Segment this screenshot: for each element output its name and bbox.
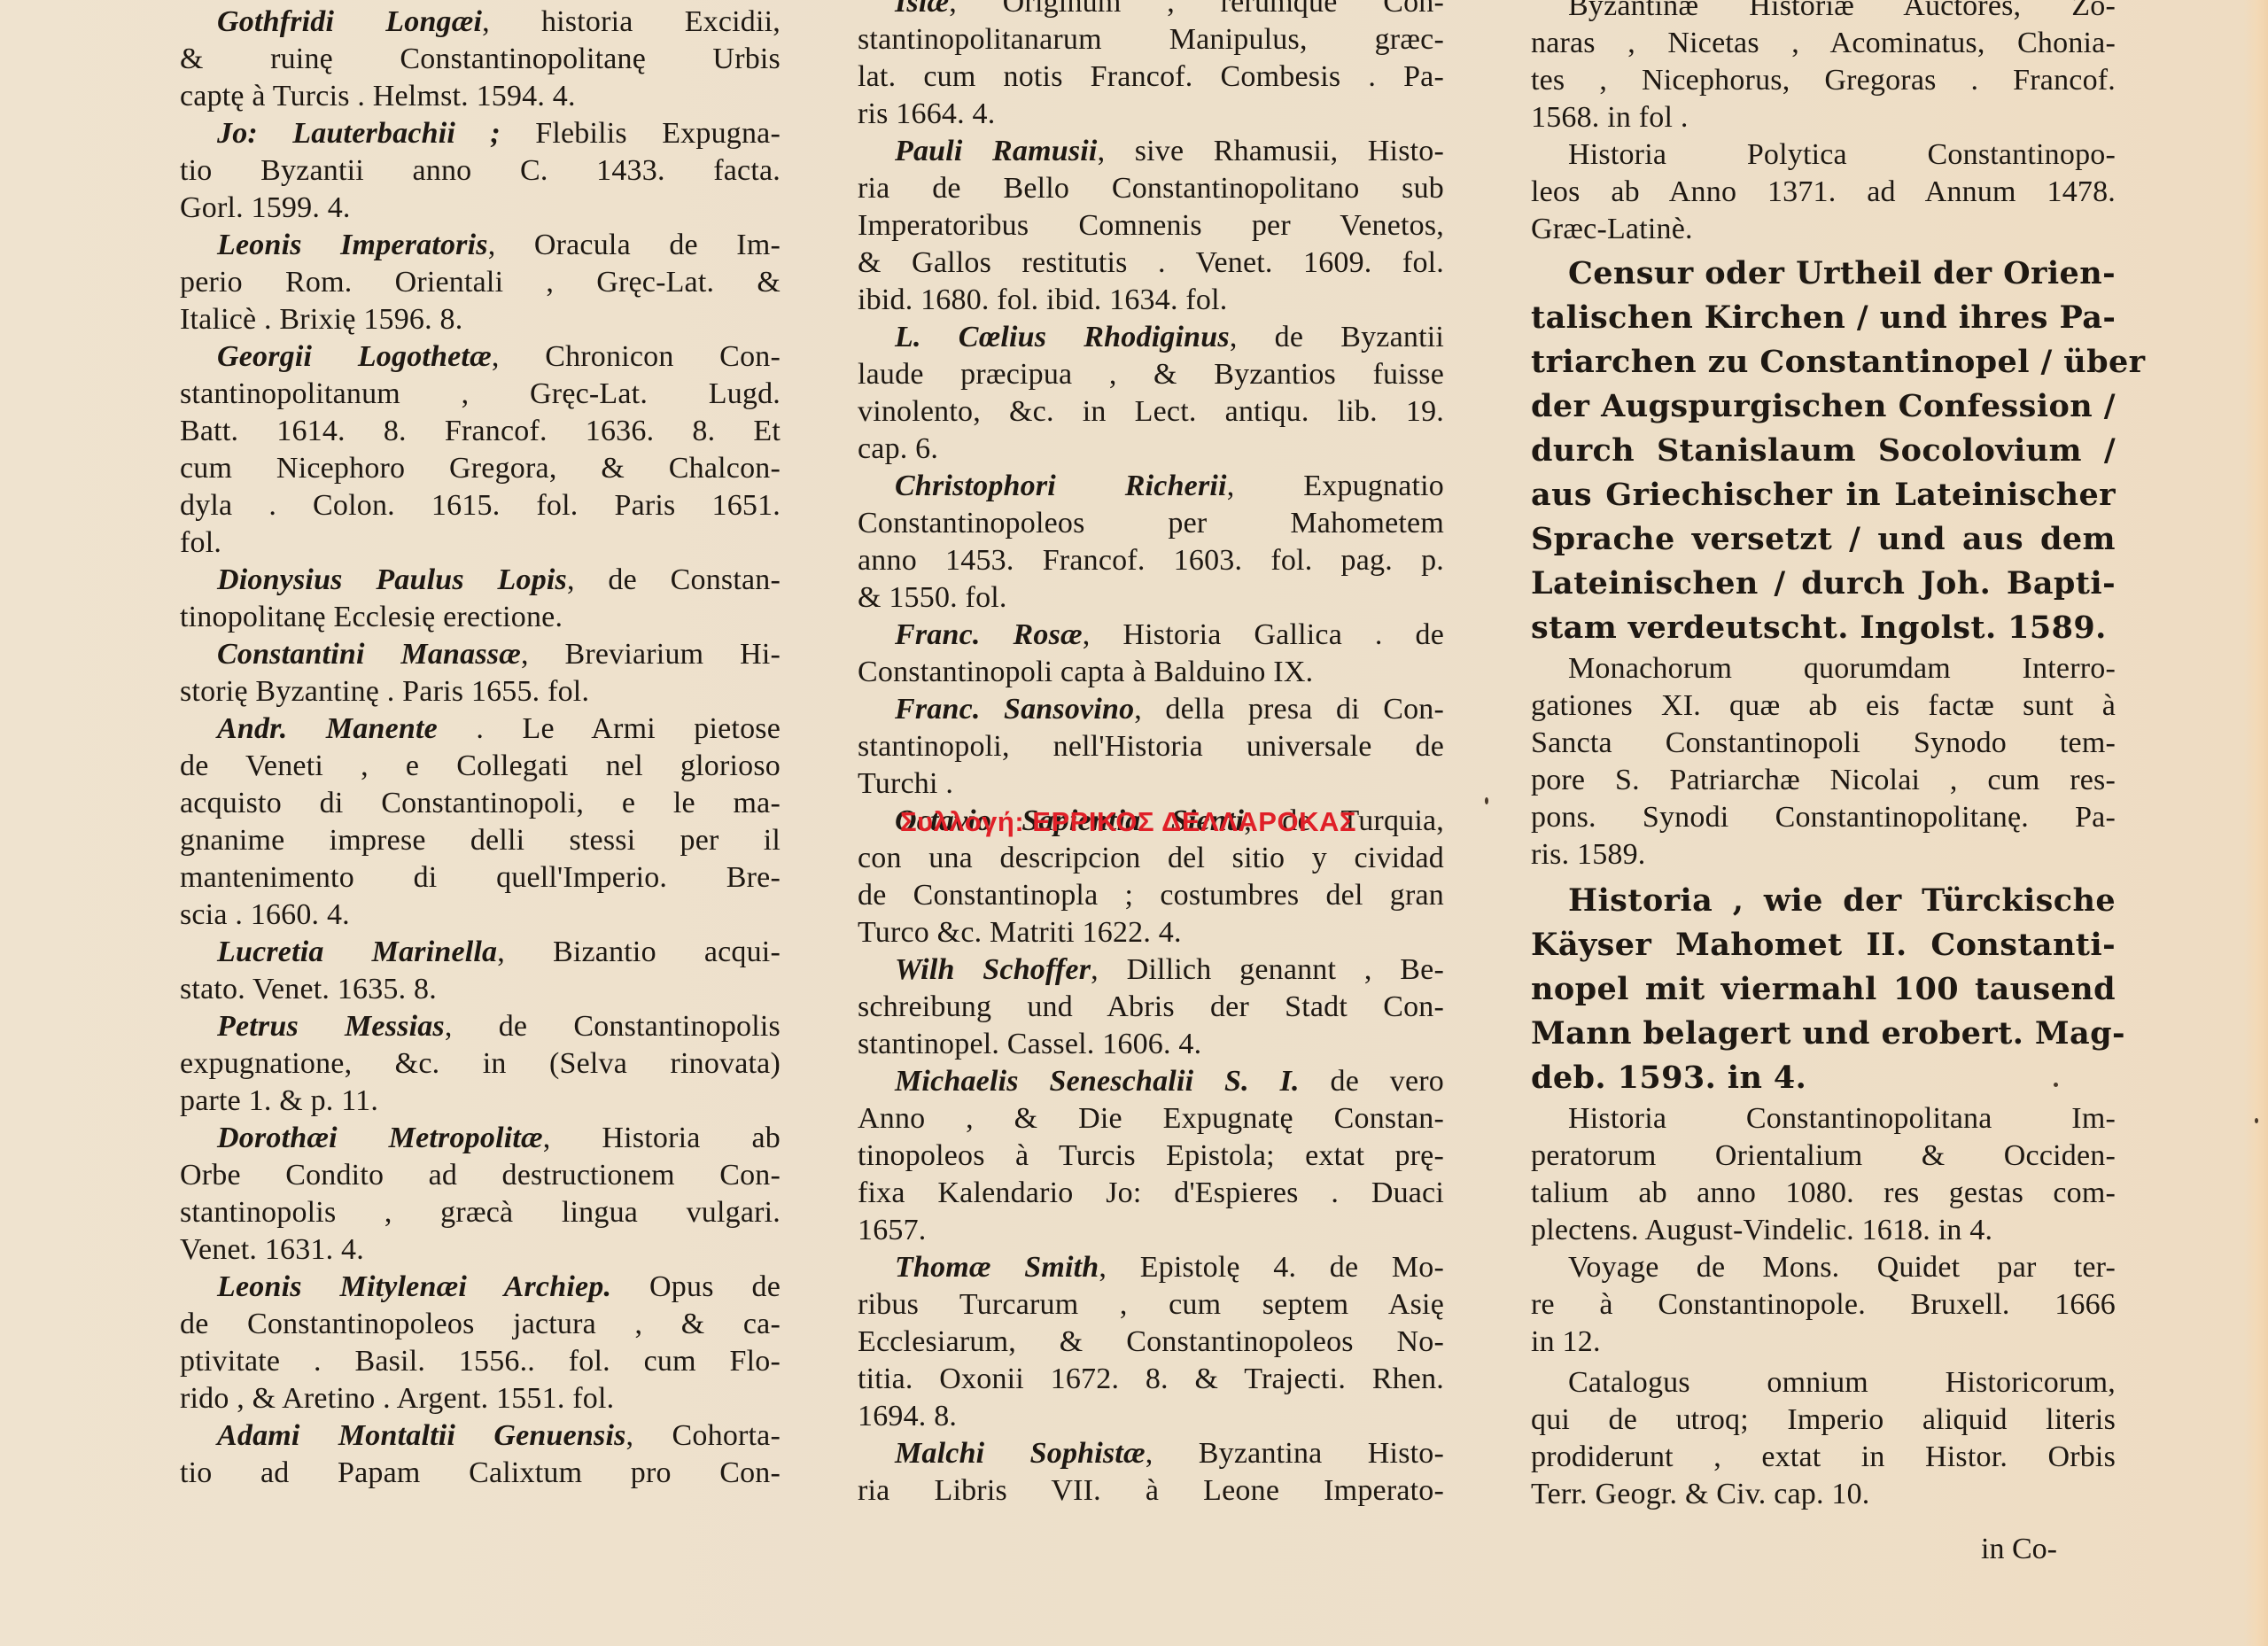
ink-speck — [1485, 797, 1488, 804]
entry-line: tes , Nicephorus, Gregoras . Francof. — [1531, 62, 2116, 99]
entry-author: Dorothæi Metropolitæ — [217, 1122, 543, 1154]
entry-line: titia. Oxonii 1672. 8. & Trajecti. Rhen. — [858, 1361, 1444, 1398]
entry-line: parte 1. & p. 11. — [180, 1083, 781, 1120]
entry-line: Catalogus omnium Historicorum, — [1531, 1364, 2116, 1401]
entry-text: Opus de — [649, 1270, 781, 1303]
entry-line: Turchi . — [858, 765, 1444, 803]
entry-author: Andr. Manente — [217, 712, 438, 745]
entry-line: & 1550. fol. — [858, 579, 1444, 617]
entry-line: stantinopolis , græcà lingua vulgari. — [180, 1194, 781, 1231]
entry-line: Græc-Latinè. — [1531, 211, 2116, 248]
entry-line: de Constantinopla ; costumbres del gran — [858, 877, 1444, 914]
entry-line: ria Libris VII. à Leone Imperato- — [858, 1472, 1444, 1510]
entry-line: gationes XI. quæ ab eis factæ sunt à — [1531, 687, 2116, 725]
entry-line: Censur oder Urtheil der Orien- — [1531, 252, 2116, 296]
entry-line: ria de Bello Constantinopolitano sub — [858, 170, 1444, 207]
entry-text: de vero — [1331, 1065, 1444, 1098]
entry-line: ris. 1589. — [1531, 836, 2116, 873]
entry-line: tinopoleos à Turcis Epistola; extat prę- — [858, 1137, 1444, 1175]
ink-speck — [2054, 1083, 2058, 1087]
left-column: Gothfridi Longæi, historia Excidii, & ru… — [180, 4, 781, 1492]
entry-text: , Cohorta- — [626, 1419, 781, 1452]
entry-text: , Originum , rerumque Con- — [949, 0, 1444, 19]
bibliography-entry-fraktur: Censur oder Urtheil der Orien- talischen… — [1531, 252, 2116, 650]
bibliography-entry: Historia Constantinopolitana Im- perator… — [1531, 1100, 2116, 1249]
entry-line: Byzantinæ Historiæ Auctores, Zo- — [1531, 0, 2116, 25]
page-edge — [2243, 0, 2268, 1646]
entry-first-line: L. Cœlius Rhodiginus, de Byzantii — [858, 319, 1444, 356]
entry-line: leos ab Anno 1371. ad Annum 1478. — [1531, 174, 2116, 211]
entry-text: historia Excidii, — [541, 5, 781, 38]
entry-first-line: Franc. Sansovino, della presa di Con- — [858, 691, 1444, 728]
entry-first-line: Wilh Schoffer, Dillich genannt , Be- — [858, 951, 1444, 989]
entry-author: Thomæ Smith — [895, 1251, 1099, 1284]
entry-line: acquisto di Constantinopoli, e le ma- — [180, 785, 781, 822]
bibliography-entry: Constantini Manassæ, Breviarium Hi- stor… — [180, 636, 781, 710]
bibliography-entry: Christophori Richerii, Expugnatio Consta… — [858, 468, 1444, 617]
bibliography-entry: Voyage de Mons. Quidet par ter- re à Con… — [1531, 1249, 2116, 1361]
entry-author: Dionysius Paulus Lopis — [217, 563, 567, 596]
bibliography-entry: Leonis Imperatoris, Oracula de Im- perio… — [180, 227, 781, 338]
entry-text: , de Byzantii — [1230, 321, 1444, 353]
bibliography-entry: Petrus Messias, de Constantinopolis expu… — [180, 1008, 781, 1120]
right-column: Byzantinæ Historiæ Auctores, Zo- naras ,… — [1531, 0, 2116, 1513]
bibliography-entry: Franc. Sansovino, della presa di Con- st… — [858, 691, 1444, 803]
bibliography-entry: Leonis Mitylenæi Archiep. Opus de de Con… — [180, 1269, 781, 1417]
entry-first-line: Franc. Rosæ, Historia Gallica . de — [858, 617, 1444, 654]
entry-line: naras , Nicetas , Acominatus, Chonia- — [1531, 25, 2116, 62]
entry-line: 1568. in fol . — [1531, 99, 2116, 136]
entry-line: storię Byzantinę . Paris 1655. fol. — [180, 673, 781, 710]
entry-author: Petrus Messias — [217, 1010, 445, 1043]
entry-first-line: Isiæ, Originum , rerumque Con- — [858, 0, 1444, 21]
entry-text: , della presa di Con- — [1134, 693, 1444, 726]
entry-line: Monachorum quorumdam Interro- — [1531, 650, 2116, 687]
entry-author: Gothfridi Longæi — [217, 5, 482, 38]
entry-first-line: Jo: Lauterbachii ; Flebilis Expugna- — [180, 115, 781, 152]
entry-line: Constantinopoli capta à Balduino IX. — [858, 654, 1444, 691]
entry-first-line: Dionysius Paulus Lopis, de Constan- — [180, 562, 781, 599]
entry-author: Malchi Sophistæ — [895, 1437, 1146, 1470]
entry-line: Venet. 1631. 4. — [180, 1231, 781, 1269]
entry-first-line: Pauli Ramusii, sive Rhamusii, Histo- — [858, 133, 1444, 170]
entry-line: plectens. August-Vindelic. 1618. in 4. — [1531, 1212, 2116, 1249]
entry-line: expugnatione, &c. in (Selva rinovata) — [180, 1045, 781, 1083]
entry-line: in 12. — [1531, 1324, 2116, 1361]
entry-first-line: Lucretia Marinella, Bizantio acqui- — [180, 934, 781, 971]
entry-line: Käyser Mahomet II. Constanti- — [1531, 923, 2116, 967]
entry-line: stato. Venet. 1635. 8. — [180, 971, 781, 1008]
entry-first-line: Thomæ Smith, Epistolę 4. de Mo- — [858, 1249, 1444, 1286]
entry-line: Imperatoribus Comnenis per Venetos, — [858, 207, 1444, 245]
entry-line: Sprache versetzt / und aus dem — [1531, 517, 2116, 562]
bibliography-entry: Gothfridi Longæi, historia Excidii, & ru… — [180, 4, 781, 115]
entry-line: qui de utroq; Imperio aliquid literis — [1531, 1401, 2116, 1439]
entry-line: & ruinę Constantinopolitanę Urbis — [180, 41, 781, 78]
entry-author: Michaelis Seneschalii S. I. — [895, 1065, 1300, 1098]
entry-line: aus Griechischer in Lateinischer — [1531, 473, 2116, 517]
entry-first-line: Gothfridi Longæi, historia Excidii, — [180, 4, 781, 41]
entry-line: Anno , & Die Expugnatę Constan- — [858, 1100, 1444, 1137]
entry-line: peratorum Orientalium & Occiden- — [1531, 1137, 2116, 1175]
entry-text: , Byzantina Histo- — [1146, 1437, 1444, 1470]
entry-line: cum Nicephoro Gregora, & Chalcon- — [180, 450, 781, 487]
entry-first-line: Leonis Imperatoris, Oracula de Im- — [180, 227, 781, 264]
entry-line: Lateinischen / durch Joh. Bapti- — [1531, 562, 2116, 606]
entry-line: stantinopoli, nell'Historia universale d… — [858, 728, 1444, 765]
entry-author: Lucretia Marinella — [217, 936, 497, 968]
entry-line: tio Byzantii anno C. 1433. facta. — [180, 152, 781, 190]
entry-text: Flebilis Expugna- — [535, 117, 781, 150]
bibliography-entry: Andr. Manente . Le Armi pietose de Venet… — [180, 710, 781, 934]
entry-line: 1694. 8. — [858, 1398, 1444, 1435]
bibliography-entry: Monachorum quorumdam Interro- gationes X… — [1531, 650, 2116, 873]
entry-line: de Constantinopoleos jactura , & ca- — [180, 1306, 781, 1343]
bibliography-entry: Michaelis Seneschalii S. I. de vero Anno… — [858, 1063, 1444, 1249]
entry-line: captę à Turcis . Helmst. 1594. 4. — [180, 78, 781, 115]
middle-column: Isiæ, Originum , rerumque Con- stantinop… — [858, 0, 1444, 1510]
entry-first-line: Adami Montaltii Genuensis, Cohorta- — [180, 1417, 781, 1455]
entry-line: talischen Kirchen / und ihres Pa- — [1531, 296, 2116, 340]
entry-line: mantenimento di quell'Imperio. Bre- — [180, 859, 781, 897]
entry-line: dyla . Colon. 1615. fol. Paris 1651. — [180, 487, 781, 524]
bibliography-entry: Historia Polytica Constantinopo- leos ab… — [1531, 136, 2116, 248]
entry-line: 1657. — [858, 1212, 1444, 1249]
entry-first-line: Christophori Richerii, Expugnatio — [858, 468, 1444, 505]
entry-line: Historia Constantinopolitana Im- — [1531, 1100, 2116, 1137]
catchword: in Co- — [1981, 1531, 2057, 1568]
entry-line: stam verdeutscht. Ingolst. 1589. — [1531, 606, 2116, 650]
entry-first-line: Dorothæi Metropolitæ, Historia ab — [180, 1120, 781, 1157]
entry-line: nopel mit viermahl 100 tausend — [1531, 967, 2116, 1012]
entry-text: , sive Rhamusii, Histo- — [1098, 135, 1444, 167]
entry-author: Pauli Ramusii — [895, 135, 1098, 167]
entry-first-line: Georgii Logothetæ, Chronicon Con- — [180, 338, 781, 376]
entry-text: , de Constan- — [567, 563, 781, 596]
entry-line: lat. cum notis Francof. Combesis . Pa- — [858, 58, 1444, 96]
entry-line: stantinopolitanarum Manipulus, græc- — [858, 21, 1444, 58]
entry-text: , Chronicon Con- — [492, 340, 781, 373]
entry-author: L. Cœlius Rhodiginus — [895, 321, 1230, 353]
entry-line: scia . 1660. 4. — [180, 897, 781, 934]
entry-line: vinolento, &c. in Lect. antiqu. lib. 19. — [858, 393, 1444, 431]
entry-line: & Gallos restitutis . Venet. 1609. fol. — [858, 245, 1444, 282]
entry-author: Franc. Sansovino — [895, 693, 1134, 726]
entry-line: Sancta Constantinopoli Synodo tem- — [1531, 725, 2116, 762]
entry-line: Gorl. 1599. 4. — [180, 190, 781, 227]
bibliography-entry: Lucretia Marinella, Bizantio acqui- stat… — [180, 934, 781, 1008]
bibliography-entry: Byzantinæ Historiæ Auctores, Zo- naras ,… — [1531, 0, 2116, 136]
entry-text: , de Constantinopolis — [445, 1010, 781, 1043]
bibliography-entry: Catalogus omnium Historicorum, qui de ut… — [1531, 1364, 2116, 1513]
bibliography-entry: Franc. Rosæ, Historia Gallica . de Const… — [858, 617, 1444, 691]
entry-author: Franc. Rosæ — [895, 618, 1083, 651]
entry-line: fixa Kalendario Jo: d'Espieres . Duaci — [858, 1175, 1444, 1212]
entry-line: cap. 6. — [858, 431, 1444, 468]
entry-line: ptivitate . Basil. 1556.. fol. cum Flo- — [180, 1343, 781, 1380]
entry-first-line: Michaelis Seneschalii S. I. de vero — [858, 1063, 1444, 1100]
bibliography-entry: Adami Montaltii Genuensis, Cohorta- tio … — [180, 1417, 781, 1492]
entry-author: Christophori Richerii — [895, 470, 1227, 502]
entry-first-line: Leonis Mitylenæi Archiep. Opus de — [180, 1269, 781, 1306]
entry-line: con una descripcion del sitio y cividad — [858, 840, 1444, 877]
entry-author: Constantini Manassæ — [217, 638, 521, 671]
entry-line: gnanime imprese delli stessi per il — [180, 822, 781, 859]
bibliography-entry: Isiæ, Originum , rerumque Con- stantinop… — [858, 0, 1444, 133]
entry-line: Terr. Geogr. & Civ. cap. 10. — [1531, 1476, 2116, 1513]
entry-first-line: Petrus Messias, de Constantinopolis — [180, 1008, 781, 1045]
entry-author: Wilh Schoffer — [895, 953, 1091, 986]
entry-line: Historia , wie der Türckische — [1531, 879, 2116, 923]
entry-first-line: Andr. Manente . Le Armi pietose — [180, 710, 781, 748]
bibliography-entry: Jo: Lauterbachii ; Flebilis Expugna- tio… — [180, 115, 781, 227]
entry-line: Constantinopoleos per Mahometem — [858, 505, 1444, 542]
ink-speck — [2255, 1118, 2258, 1123]
entry-line: rido , & Aretino . Argent. 1551. fol. — [180, 1380, 781, 1417]
bibliography-entry-fraktur: Historia , wie der Türckische Käyser Mah… — [1531, 879, 2116, 1100]
entry-text: , Breviarium Hi- — [521, 638, 781, 671]
entry-first-line: Malchi Sophistæ, Byzantina Histo- — [858, 1435, 1444, 1472]
entry-line: deb. 1593. in 4. — [1531, 1056, 2116, 1100]
entry-line: Italicè . Brixię 1596. 8. — [180, 301, 781, 338]
bibliography-entry: Malchi Sophistæ, Byzantina Histo- ria Li… — [858, 1435, 1444, 1510]
entry-line: perio Rom. Orientali , Gręc-Lat. & — [180, 264, 781, 301]
entry-line: talium ab anno 1080. res gestas com- — [1531, 1175, 2116, 1212]
entry-author: Jo: Lauterbachii ; — [217, 117, 501, 150]
entry-line: tinopolitanę Ecclesię erectione. — [180, 599, 781, 636]
entry-author: Georgii Logothetæ — [217, 340, 492, 373]
entry-text: , Historia ab — [543, 1122, 781, 1154]
entry-line: Turco &c. Matriti 1622. 4. — [858, 914, 1444, 951]
entry-line: Historia Polytica Constantinopo- — [1531, 136, 2116, 174]
entry-line: pons. Synodi Constantinopolitanę. Pa- — [1531, 799, 2116, 836]
entry-text: , Dillich genannt , Be- — [1091, 953, 1444, 986]
entry-line: de Veneti , e Collegati nel glorioso — [180, 748, 781, 785]
bibliography-entry: Dorothæi Metropolitæ, Historia ab Orbe C… — [180, 1120, 781, 1269]
entry-line: fol. — [180, 524, 781, 562]
bibliography-entry: Thomæ Smith, Epistolę 4. de Mo- ribus Tu… — [858, 1249, 1444, 1435]
entry-line: re à Constantinopole. Bruxell. 1666 — [1531, 1286, 2116, 1324]
entry-text: , Epistolę 4. de Mo- — [1099, 1251, 1444, 1284]
entry-line: der Augspurgischen Confession / — [1531, 384, 2116, 429]
entry-text: , Historia Gallica . de — [1083, 618, 1444, 651]
bibliography-entry: Wilh Schoffer, Dillich genannt , Be- sch… — [858, 951, 1444, 1063]
bibliography-entry: L. Cœlius Rhodiginus, de Byzantii laude … — [858, 319, 1444, 468]
entry-line: Mann belagert und erobert. Mag- — [1531, 1012, 2116, 1056]
entry-line: stantinopel. Cassel. 1606. 4. — [858, 1026, 1444, 1063]
entry-line: Ecclesiarum, & Constantinopoleos No- — [858, 1324, 1444, 1361]
bibliography-entry: Dionysius Paulus Lopis, de Constan- tino… — [180, 562, 781, 636]
entry-line: Batt. 1614. 8. Francof. 1636. 8. Et — [180, 413, 781, 450]
entry-line: tio ad Papam Calixtum pro Con- — [180, 1455, 781, 1492]
entry-line: ris 1664. 4. — [858, 96, 1444, 133]
bibliography-entry: Pauli Ramusii, sive Rhamusii, Histo- ria… — [858, 133, 1444, 319]
entry-author: Isiæ — [895, 0, 949, 19]
entry-text: , Bizantio acqui- — [497, 936, 781, 968]
entry-line: Voyage de Mons. Quidet par ter- — [1531, 1249, 2116, 1286]
entry-line: ibid. 1680. fol. ibid. 1634. fol. — [858, 282, 1444, 319]
entry-line: stantinopolitanum , Gręc-Lat. Lugd. — [180, 376, 781, 413]
entry-line: prodiderunt , extat in Histor. Orbis — [1531, 1439, 2116, 1476]
entry-author: Adami Montaltii Genuensis — [217, 1419, 626, 1452]
entry-author: Leonis Mitylenæi Archiep. — [217, 1270, 611, 1303]
collection-watermark: Συλλογή: ΕΡΡΙΚΟΣ ΔΕΛΛΑΡΟΚΑΣ — [900, 806, 1356, 838]
entry-line: triarchen zu Constantinopel / über — [1531, 340, 2116, 384]
entry-text: , Oracula de Im- — [488, 229, 781, 261]
entry-line: ribus Turcarum , cum septem Asię — [858, 1286, 1444, 1324]
entry-author: Leonis Imperatoris — [217, 229, 488, 261]
entry-line: anno 1453. Francof. 1603. fol. pag. p. — [858, 542, 1444, 579]
entry-text: . Le Armi pietose — [476, 712, 781, 745]
entry-line: pore S. Patriarchæ Nicolai , cum res- — [1531, 762, 2116, 799]
entry-line: Orbe Condito ad destructionem Con- — [180, 1157, 781, 1194]
entry-text: , Expugnatio — [1227, 470, 1444, 502]
entry-line: laude præcipua , & Byzantios fuisse — [858, 356, 1444, 393]
entry-line: durch Stanislaum Socolovium / — [1531, 429, 2116, 473]
bibliography-entry: Georgii Logothetæ, Chronicon Con- stanti… — [180, 338, 781, 562]
entry-line: schreibung und Abris der Stadt Con- — [858, 989, 1444, 1026]
entry-first-line: Constantini Manassæ, Breviarium Hi- — [180, 636, 781, 673]
